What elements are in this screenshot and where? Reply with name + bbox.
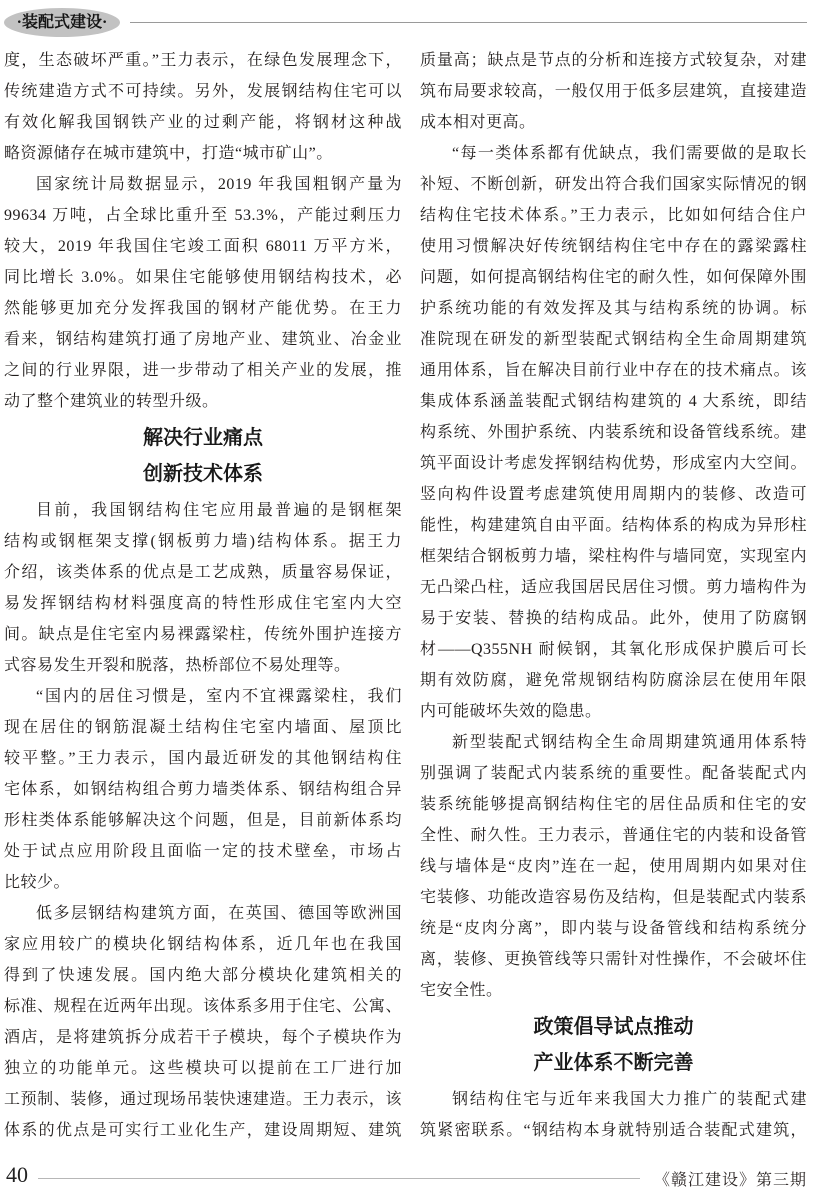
- text-line: 成本相对更高。: [420, 107, 807, 138]
- text-line: 看来，钢结构建筑打通了房地产业、建筑业、冶金业: [4, 324, 402, 355]
- header-rule: [130, 22, 807, 23]
- section-heading: 解决行业痛点: [4, 423, 402, 453]
- text-line: 期有效防腐，避免常规钢结构防腐涂层在使用年限: [420, 665, 807, 696]
- page-number: 40: [6, 1162, 28, 1188]
- text-line: “国内的居住习惯是，室内不宜裸露梁柱，我们: [4, 681, 402, 712]
- text-line: 使用习惯解决好传统钢结构住宅中存在的露梁露柱: [420, 231, 807, 262]
- text-line: 准院现在研发的新型装配式钢结构全生命周期建筑: [420, 324, 807, 355]
- text-line: 构系统、外围护系统、内装系统和设备管线系统。建: [420, 417, 807, 448]
- text-line: 无凸梁凸柱，适应我国居民居住习惯。剪力墙构件为: [420, 572, 807, 603]
- text-line: 形柱类体系能够解决这个问题，但是，目前新体系均: [4, 805, 402, 836]
- text-line: 工预制、装修，通过现场吊装快速建造。王力表示，该: [4, 1084, 402, 1115]
- text-line: 然能够更加充分发挥我国的钢材产能优势。在王力: [4, 293, 402, 324]
- journal-issue: 《赣江建设》第三期: [654, 1161, 807, 1190]
- text-line: 标准、规程在近两年出现。该体系多用于住宅、公寓、: [4, 991, 402, 1022]
- text-line: 筑布局要求较高，一般仅用于低多层建筑，直接建造: [420, 76, 807, 107]
- text-line: 同比增长 3.0%。如果住宅能够使用钢结构技术，必: [4, 262, 402, 293]
- text-line: 质量高；缺点是节点的分析和连接方式较复杂，对建: [420, 45, 807, 76]
- page-header: ·装配式建设·: [4, 5, 807, 39]
- magazine-page: ·装配式建设· 度，生态破坏严重。”王力表示，在绿色发展理念下，传统建造方式不可…: [0, 0, 815, 1202]
- text-line: 材——Q355NH 耐候钢，其氧化形成保护膜后可长: [420, 634, 807, 665]
- text-line: 宅装修、功能改造容易伤及结构，但是装配式内装系: [420, 882, 807, 913]
- text-line: 宅安全性。: [420, 975, 807, 1006]
- text-line: 内可能破坏失效的隐患。: [420, 696, 807, 727]
- left-column: 度，生态破坏严重。”王力表示，在绿色发展理念下，传统建造方式不可持续。另外，发展…: [4, 45, 402, 1158]
- text-line: 酒店，是将建筑拆分成若干子模块，每个子模块作为: [4, 1022, 402, 1053]
- text-line: 补短、不断创新，研发出符合我们国家实际情况的钢: [420, 169, 807, 200]
- text-line: 99634 万吨，占全球比重升至 53.3%，产能过剩压力: [4, 200, 402, 231]
- text-line: 新型装配式钢结构全生命周期建筑通用体系特: [420, 727, 807, 758]
- text-line: 略资源储存在城市建筑中，打造“城市矿山”。: [4, 138, 402, 169]
- text-line: 筑平面设计考虑发挥钢结构优势，形成室内大空间。: [420, 448, 807, 479]
- text-line: 易发挥钢结构材料强度高的特性形成住宅室内大空: [4, 588, 402, 619]
- text-line: 处于试点应用阶段且面临一定的技术壁垒，市场占: [4, 836, 402, 867]
- footer-rule: [38, 1178, 640, 1179]
- text-line: 传统建造方式不可持续。另外，发展钢结构住宅可以: [4, 76, 402, 107]
- section-badge: ·装配式建设·: [4, 8, 120, 37]
- text-line: 目前，我国钢结构住宅应用最普遍的是钢框架: [4, 495, 402, 526]
- text-line: 低多层钢结构建筑方面，在英国、德国等欧洲国: [4, 898, 402, 929]
- section-heading: 产业体系不断完善: [420, 1048, 807, 1078]
- text-line: 比较少。: [4, 867, 402, 898]
- section-heading: 政策倡导试点推动: [420, 1012, 807, 1042]
- text-line: 通用体系，旨在解决目前行业中存在的技术痛点。该: [420, 355, 807, 386]
- text-line: 宅体系，如钢结构组合剪力墙类体系、钢结构组合异: [4, 774, 402, 805]
- text-line: 能性，构建建筑自由平面。结构体系的构成为异形柱: [420, 510, 807, 541]
- text-line: 离，装修、更换管线等只需针对性操作，不会破坏住: [420, 944, 807, 975]
- text-line: 有效化解我国钢铁产业的过剩产能，将钢材这种战: [4, 107, 402, 138]
- text-line: “每一类体系都有优缺点，我们需要做的是取长: [420, 138, 807, 169]
- text-line: 较大，2019 年我国住宅竣工面积 68011 万平方米，: [4, 231, 402, 262]
- text-line: 度，生态破坏严重。”王力表示，在绿色发展理念下，: [4, 45, 402, 76]
- page-footer: 40 《赣江建设》第三期: [4, 1158, 807, 1192]
- text-line: 问题，如何提高钢结构住宅的耐久性，如何保障外围: [420, 262, 807, 293]
- text-line: 较平整。”王力表示，国内最近研发的其他钢结构住: [4, 743, 402, 774]
- text-line: 竖向构件设置考虑建筑使用周期内的装修、改造可: [420, 479, 807, 510]
- text-line: 独立的功能单元。这些模块可以提前在工厂进行加: [4, 1053, 402, 1084]
- text-line: 集成体系涵盖装配式钢结构建筑的 4 大系统，即结: [420, 386, 807, 417]
- text-line: 结构住宅技术体系。”王力表示，比如如何结合住户: [420, 200, 807, 231]
- text-line: 易于安装、替换的结构成品。此外，使用了防腐钢: [420, 603, 807, 634]
- article-body: 度，生态破坏严重。”王力表示，在绿色发展理念下，传统建造方式不可持续。另外，发展…: [4, 45, 807, 1158]
- text-line: 得到了快速发展。国内绝大部分模块化建筑相关的: [4, 960, 402, 991]
- text-line: 框架结合钢板剪力墙，梁柱构件与墙同宽，实现室内: [420, 541, 807, 572]
- text-line: 装系统能够提高钢结构住宅的居住品质和住宅的安: [420, 789, 807, 820]
- text-line: 间。缺点是住宅室内易裸露梁柱，传统外围护连接方: [4, 619, 402, 650]
- text-line: 统是“皮肉分离”，即内装与设备管线和结构系统分: [420, 913, 807, 944]
- text-line: 介绍，该类体系的优点是工艺成熟，质量容易保证，: [4, 557, 402, 588]
- section-heading: 创新技术体系: [4, 459, 402, 489]
- text-line: 全性、耐久性。王力表示，普通住宅的内装和设备管: [420, 820, 807, 851]
- text-line: 现在居住的钢筋混凝土结构住宅室内墙面、屋顶比: [4, 712, 402, 743]
- text-line: 国家统计局数据显示，2019 年我国粗钢产量为: [4, 169, 402, 200]
- text-line: 护系统功能的有效发挥及其与结构系统的协调。标: [420, 293, 807, 324]
- right-column: 质量高；缺点是节点的分析和连接方式较复杂，对建筑布局要求较高，一般仅用于低多层建…: [420, 45, 807, 1158]
- text-line: 家应用较广的模块化钢结构体系，近几年也在我国: [4, 929, 402, 960]
- text-line: 线与墙体是“皮肉”连在一起，使用周期内如果对住: [420, 851, 807, 882]
- text-line: 筑紧密联系。“钢结构本身就特别适合装配式建筑，: [420, 1115, 807, 1146]
- text-line: 体系的优点是可实行工业化生产，建设周期短、建筑: [4, 1115, 402, 1146]
- text-line: 钢结构住宅与近年来我国大力推广的装配式建: [420, 1084, 807, 1115]
- text-line: 式容易发生开裂和脱落，热桥部位不易处理等。: [4, 650, 402, 681]
- text-line: 结构或钢框架支撑(钢板剪力墙)结构体系。据王力: [4, 526, 402, 557]
- text-line: 动了整个建筑业的转型升级。: [4, 386, 402, 417]
- text-line: 之间的行业界限，进一步带动了相关产业的发展，推: [4, 355, 402, 386]
- text-line: 别强调了装配式内装系统的重要性。配备装配式内: [420, 758, 807, 789]
